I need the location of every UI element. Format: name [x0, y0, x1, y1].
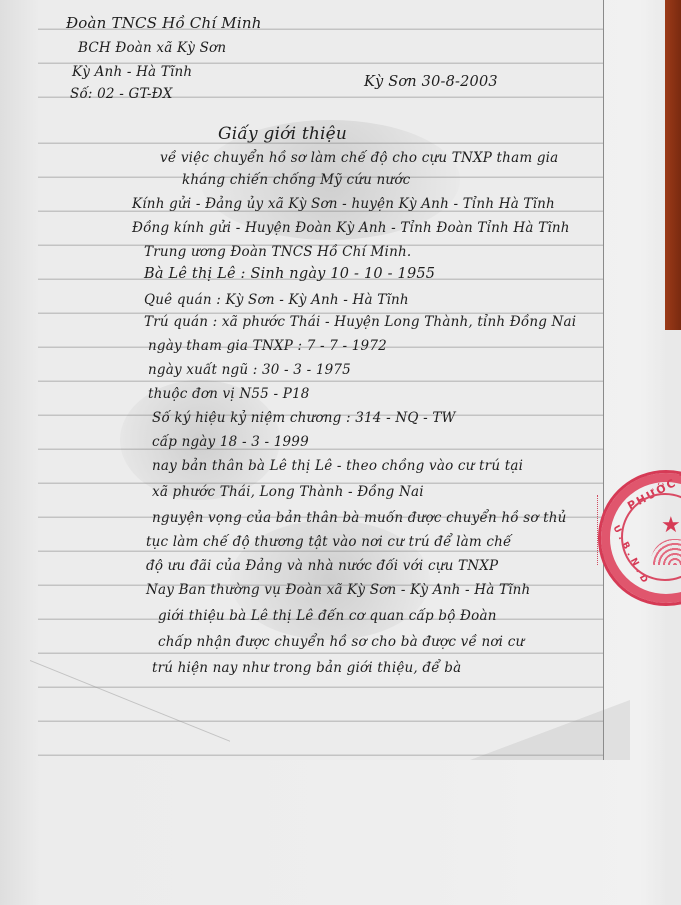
body-line: Kính gửi - Đảng ủy xã Kỳ Sơn - huyện Kỳ …	[132, 196, 555, 212]
body-line: Trú quán : xã phước Thái - Huyện Long Th…	[144, 314, 576, 330]
document-number: Số: 02 - GT-ĐX	[70, 86, 173, 102]
body-line: cấp ngày 18 - 3 - 1999	[152, 434, 309, 450]
body-line: thuộc đơn vị N55 - P18	[148, 386, 310, 402]
body-line: xã phước Thái, Long Thành - Đồng Nai	[152, 484, 424, 500]
body-line: trú hiện nay như trong bản giới thiệu, đ…	[152, 660, 461, 676]
body-line: nay bản thân bà Lê thị Lê - theo chồng v…	[152, 458, 523, 474]
subject-line-1: về việc chuyển hồ sơ làm chế độ cho cựu …	[160, 150, 558, 166]
body-line: Số ký hiệu kỷ niệm chương : 314 - NQ - T…	[152, 410, 456, 426]
wooden-table-edge	[665, 0, 681, 330]
body-line: Đồng kính gửi - Huyện Đoàn Kỳ Anh - Tỉnh…	[132, 220, 570, 236]
body-line: ngày xuất ngũ : 30 - 3 - 1975	[148, 362, 351, 378]
body-line: Trung ương Đoàn TNCS Hồ Chí Minh.	[144, 244, 411, 260]
body-line: nguyện vọng của bản thân bà muốn được ch…	[152, 510, 567, 526]
gear-emblem-icon	[651, 539, 681, 565]
body-line: Nay Ban thường vụ Đoàn xã Kỳ Sơn - Kỳ An…	[146, 582, 530, 598]
body-line: Quê quán : Kỳ Sơn - Kỳ Anh - Hà Tĩnh	[144, 292, 409, 308]
org-line-1: Đoàn TNCS Hồ Chí Minh	[66, 14, 262, 32]
body-line: chấp nhận được chuyển hồ sơ cho bà được …	[158, 634, 524, 650]
body-line: giới thiệu bà Lê thị Lê đến cơ quan cấp …	[158, 608, 497, 624]
org-line-3: Kỳ Anh - Hà Tĩnh	[72, 64, 192, 80]
body-line: độ ưu đãi của Đảng và nhà nước đối với c…	[146, 558, 498, 574]
document-title: Giấy giới thiệu	[218, 124, 347, 144]
org-line-2: BCH Đoàn xã Kỳ Sơn	[78, 40, 226, 56]
body-line: ngày tham gia TNXP : 7 - 7 - 1972	[148, 338, 387, 354]
star-icon: ★	[661, 513, 681, 538]
place-and-date: Kỳ Sơn 30-8-2003	[364, 74, 498, 90]
subject-line-2: kháng chiến chống Mỹ cứu nước	[182, 172, 410, 188]
body-line: tục làm chế độ thương tật vào nơi cư trú…	[146, 534, 512, 550]
body-line: Bà Lê thị Lê : Sinh ngày 10 - 10 - 1955	[144, 266, 435, 282]
